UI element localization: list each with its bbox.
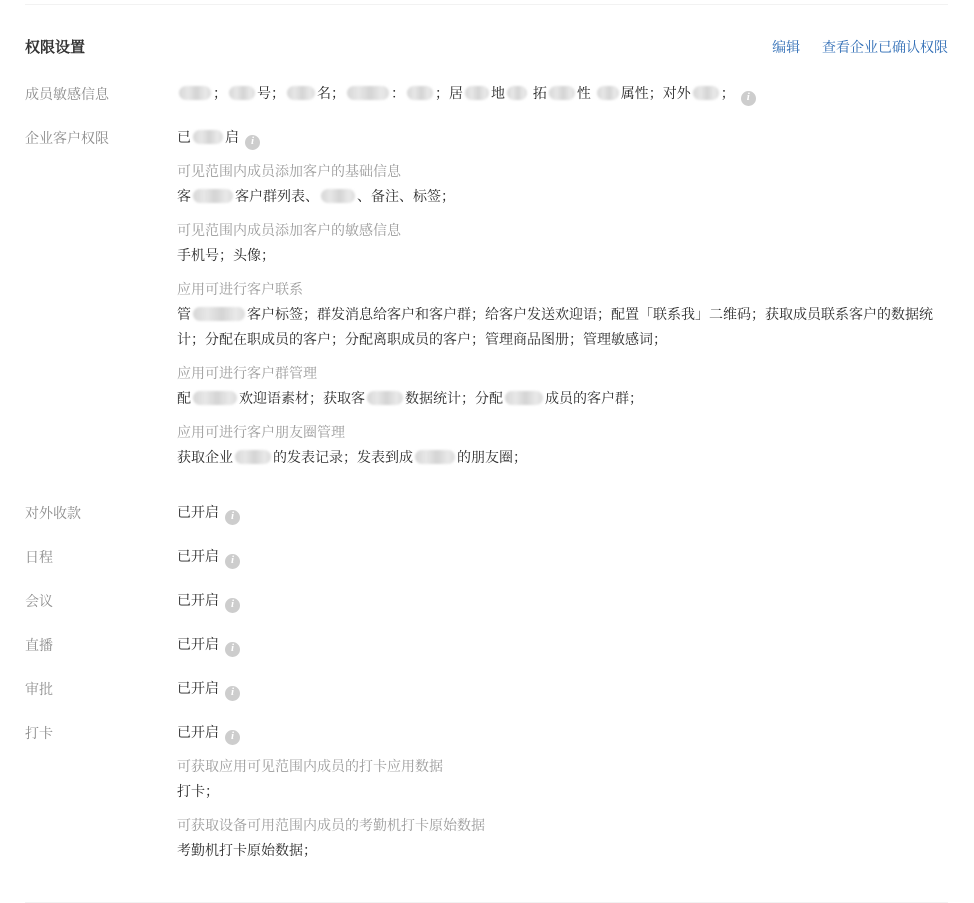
info-icon[interactable]: i bbox=[225, 598, 240, 613]
redacted-blur bbox=[193, 189, 233, 203]
permission-row-approval: 审批已开启i bbox=[25, 678, 948, 701]
redacted-blur bbox=[367, 391, 403, 405]
redacted-blur bbox=[287, 86, 315, 100]
section-header: 可获取设备可用范围内成员的考勤机打卡原始数据 bbox=[177, 815, 948, 835]
redacted-blur bbox=[507, 86, 527, 100]
info-icon[interactable]: i bbox=[225, 554, 240, 569]
section-content: 考勤机打卡原始数据； bbox=[177, 838, 948, 863]
info-icon[interactable]: i bbox=[245, 135, 260, 150]
permission-row-checkin: 打卡已开启i可获取应用可见范围内成员的打卡应用数据打卡；可获取设备可用范围内成员… bbox=[25, 722, 948, 874]
page-title: 权限设置 bbox=[25, 36, 85, 57]
section-header: 应用可进行客户联系 bbox=[177, 279, 948, 299]
redacted-blur bbox=[597, 86, 619, 100]
permission-row-member-sensitive-info: 成员敏感信息；号；名；：；居地 拓性 属性；对外；i bbox=[25, 83, 948, 106]
redacted-blur bbox=[193, 307, 245, 321]
section-content: 客客户群列表、、备注、标签； bbox=[177, 184, 948, 209]
redacted-blur bbox=[693, 86, 719, 100]
section-content: 打卡； bbox=[177, 779, 948, 804]
permission-row-calendar: 日程已开启i bbox=[25, 546, 948, 569]
redacted-blur bbox=[179, 86, 211, 100]
redacted-blur bbox=[193, 391, 237, 405]
section-header: 可见范围内成员添加客户的基础信息 bbox=[177, 161, 948, 181]
permission-body-member-sensitive-info: ；号；名；：；居地 拓性 属性；对外；i bbox=[177, 83, 948, 106]
permission-label-external-payment: 对外收款 bbox=[25, 502, 177, 525]
permission-status-meeting: 已开启i bbox=[177, 590, 948, 613]
permission-body-external-payment: 已开启i bbox=[177, 502, 948, 525]
redacted-blur bbox=[229, 86, 255, 100]
section-header: 应用可进行客户群管理 bbox=[177, 363, 948, 383]
header-actions: 编辑 查看企业已确认权限 bbox=[754, 37, 948, 57]
permission-label-checkin: 打卡 bbox=[25, 722, 177, 874]
permission-label-member-sensitive-info: 成员敏感信息 bbox=[25, 83, 177, 106]
redacted-blur bbox=[465, 86, 489, 100]
permission-label-approval: 审批 bbox=[25, 678, 177, 701]
info-icon[interactable]: i bbox=[741, 91, 756, 106]
edit-link[interactable]: 编辑 bbox=[772, 39, 800, 55]
redacted-blur bbox=[235, 450, 271, 464]
permission-row-live: 直播已开启i bbox=[25, 634, 948, 657]
section-header: 应用可进行客户朋友圈管理 bbox=[177, 422, 948, 442]
permission-row-meeting: 会议已开启i bbox=[25, 590, 948, 613]
permission-status-external-payment: 已开启i bbox=[177, 502, 948, 525]
permission-row-enterprise-customer-permission: 企业客户权限已启i可见范围内成员添加客户的基础信息客客户群列表、、备注、标签；可… bbox=[25, 127, 948, 481]
section-header: 可获取应用可见范围内成员的打卡应用数据 bbox=[177, 756, 948, 776]
page-header: 权限设置 编辑 查看企业已确认权限 bbox=[25, 36, 948, 57]
permission-status-enterprise-customer-permission: 已启i bbox=[177, 127, 948, 150]
info-icon[interactable]: i bbox=[225, 730, 240, 745]
permission-row-external-payment: 对外收款已开启i bbox=[25, 502, 948, 525]
permission-body-approval: 已开启i bbox=[177, 678, 948, 701]
redacted-blur bbox=[549, 86, 575, 100]
permission-body-checkin: 已开启i可获取应用可见范围内成员的打卡应用数据打卡；可获取设备可用范围内成员的考… bbox=[177, 722, 948, 874]
permission-status-live: 已开启i bbox=[177, 634, 948, 657]
permission-settings-panel: 权限设置 编辑 查看企业已确认权限 成员敏感信息；号；名；：；居地 拓性 属性；… bbox=[0, 4, 974, 903]
info-icon[interactable]: i bbox=[225, 510, 240, 525]
permission-body-calendar: 已开启i bbox=[177, 546, 948, 569]
redacted-blur bbox=[193, 130, 223, 144]
section-header: 可见范围内成员添加客户的敏感信息 bbox=[177, 220, 948, 240]
permission-label-meeting: 会议 bbox=[25, 590, 177, 613]
redacted-blur bbox=[505, 391, 543, 405]
info-icon[interactable]: i bbox=[225, 686, 240, 701]
top-divider bbox=[25, 4, 948, 5]
permission-label-enterprise-customer-permission: 企业客户权限 bbox=[25, 127, 177, 481]
redacted-blur bbox=[407, 86, 433, 100]
section-content: 手机号；头像； bbox=[177, 243, 948, 268]
redacted-blur bbox=[415, 450, 455, 464]
section-content: 配欢迎语素材；获取客数据统计；分配成员的客户群； bbox=[177, 386, 948, 411]
permission-status-approval: 已开启i bbox=[177, 678, 948, 701]
section-content: 管客户标签；群发消息给客户和客户群；给客户发送欢迎语；配置「联系我」二维码；获取… bbox=[177, 302, 948, 352]
permission-body-meeting: 已开启i bbox=[177, 590, 948, 613]
permission-status-checkin: 已开启i bbox=[177, 722, 948, 745]
view-confirmed-permissions-link[interactable]: 查看企业已确认权限 bbox=[822, 39, 948, 55]
section-content: 获取企业的发表记录；发表到成的朋友圈； bbox=[177, 445, 948, 470]
redacted-blur bbox=[347, 86, 389, 100]
permission-label-live: 直播 bbox=[25, 634, 177, 657]
permission-body-live: 已开启i bbox=[177, 634, 948, 657]
permission-status-calendar: 已开启i bbox=[177, 546, 948, 569]
permission-label-calendar: 日程 bbox=[25, 546, 177, 569]
permission-rows: 成员敏感信息；号；名；：；居地 拓性 属性；对外；i企业客户权限已启i可见范围内… bbox=[25, 83, 948, 874]
redacted-blur bbox=[321, 189, 355, 203]
permission-status-member-sensitive-info: ；号；名；：；居地 拓性 属性；对外；i bbox=[177, 83, 948, 106]
permission-body-enterprise-customer-permission: 已启i可见范围内成员添加客户的基础信息客客户群列表、、备注、标签；可见范围内成员… bbox=[177, 127, 948, 481]
info-icon[interactable]: i bbox=[225, 642, 240, 657]
